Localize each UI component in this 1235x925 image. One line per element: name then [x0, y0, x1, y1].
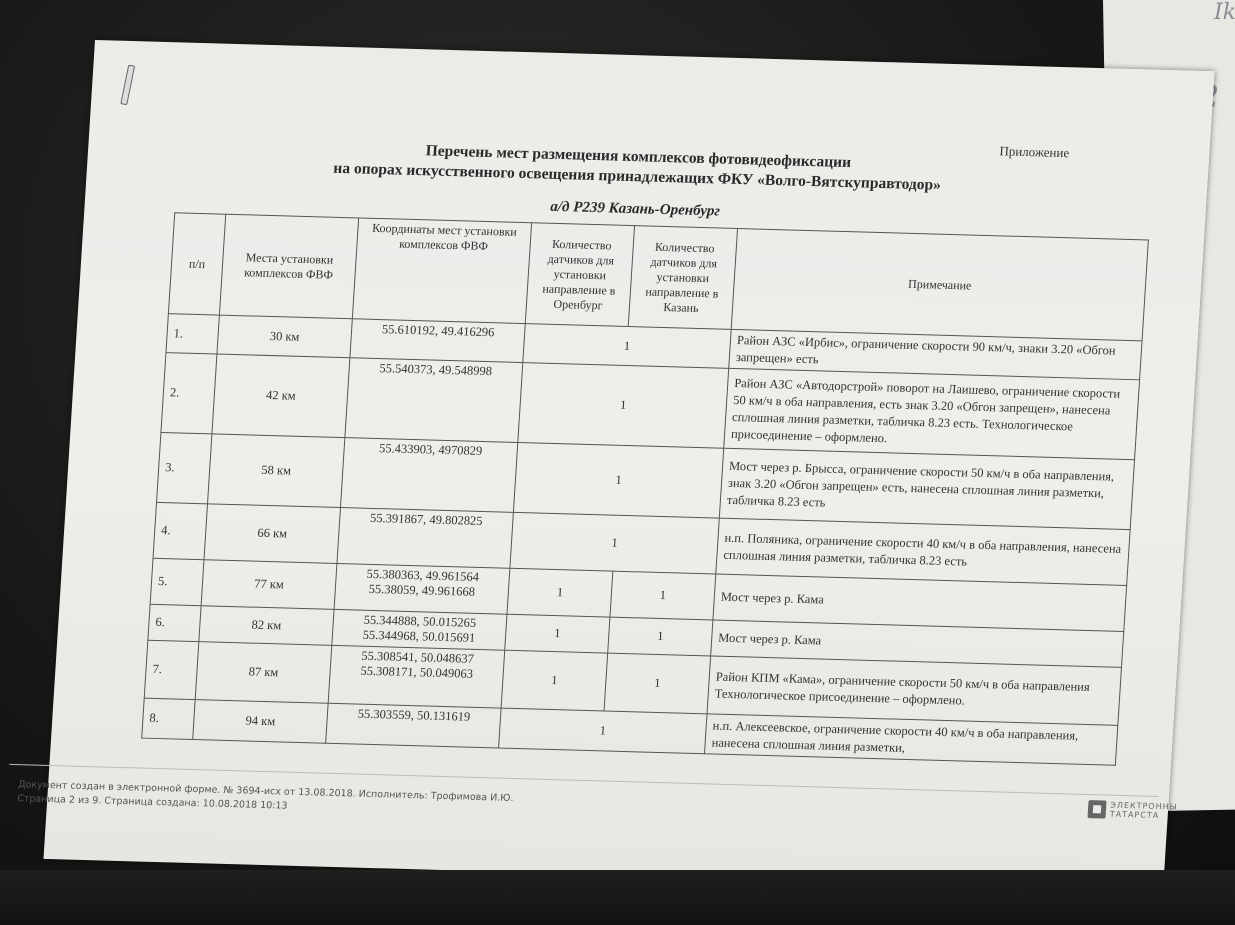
row-sensors-orenburg: 1: [501, 650, 608, 711]
header-note: Примечание: [731, 229, 1148, 341]
row-number: 8.: [142, 698, 195, 739]
coordinate-pair: 55.308171, 50.049063: [336, 663, 497, 682]
row-note: Мост через р. Брысса, ограничение скорос…: [719, 448, 1134, 529]
row-place: 30 км: [217, 315, 352, 358]
row-sensors-orenburg: 1: [507, 568, 613, 617]
row-sensors-total: 1: [513, 442, 723, 518]
row-coordinates: 55.303559, 50.131619: [326, 703, 501, 748]
desk-surface: [0, 870, 1235, 925]
coordinate-pair: 55.303559, 50.131619: [334, 706, 495, 725]
row-coordinates: 55.540373, 49.548998: [345, 358, 523, 443]
document-footer: Документ создан в электронной форме. № 3…: [17, 778, 514, 820]
row-coordinates: 55.308541, 50.04863755.308171, 50.049063: [328, 645, 505, 708]
row-sensors-kazan: 1: [608, 617, 713, 656]
row-number: 6.: [148, 604, 201, 641]
row-number: 4.: [153, 502, 207, 559]
row-place: 66 км: [204, 504, 340, 564]
header-place: Места установки комплексов ФВФ: [219, 214, 358, 319]
electronic-tatarstan-logo: ЭЛЕКТРОННЫ ТАТАРСТА: [1087, 800, 1178, 820]
row-note: Район АЗС «Автодорстрой» поворот на Лаиш…: [724, 368, 1140, 459]
row-place: 58 км: [208, 434, 345, 508]
document-page: Приложение Перечень мест размещения комп…: [43, 40, 1214, 890]
row-coordinates: 55.380363, 49.96156455.38059, 49.961668: [334, 563, 510, 614]
header-coords: Координаты мест установки комплексов ФВФ: [352, 218, 531, 324]
row-coordinates: 55.610192, 49.416296: [350, 319, 525, 363]
row-sensors-total: 1: [499, 708, 707, 754]
row-number: 5.: [150, 558, 204, 605]
row-coordinates: 55.344888, 50.01526555.344968, 50.015691: [332, 609, 507, 650]
header-sensors-kazan: Количество датчиков для установки направ…: [628, 226, 737, 330]
row-sensors-total: 1: [510, 512, 719, 574]
logo-icon: [1087, 800, 1106, 818]
locations-table: п/п Места установки комплексов ФВФ Коорд…: [141, 212, 1149, 766]
coordinate-pair: 55.344968, 50.015691: [339, 627, 500, 646]
row-place: 87 км: [195, 642, 332, 704]
row-number: 2.: [161, 353, 217, 434]
coordinate-pair: 55.540373, 49.548998: [355, 360, 516, 379]
header-num: п/п: [168, 213, 225, 315]
coordinate-pair: 55.433903, 4970829: [350, 440, 511, 459]
coordinate-pair: 55.610192, 49.416296: [358, 321, 519, 340]
table-body: 1.30 км55.610192, 49.4162961Район АЗС «И…: [142, 314, 1142, 766]
row-place: 77 км: [201, 560, 337, 610]
staple-icon: [120, 65, 135, 106]
row-number: 3.: [157, 432, 212, 503]
row-sensors-total: 1: [518, 363, 729, 449]
row-place: 94 км: [193, 700, 328, 744]
row-sensors-total: 1: [523, 324, 731, 369]
document-title: Перечень мест размещения комплексов фото…: [247, 136, 1029, 198]
row-sensors-orenburg: 1: [505, 614, 610, 653]
row-coordinates: 55.433903, 4970829: [340, 438, 517, 513]
row-number: 1.: [166, 314, 219, 354]
handwritten-mark: Ik: [1214, 0, 1235, 25]
coordinate-pair: 55.391867, 49.802825: [346, 510, 507, 529]
row-coordinates: 55.391867, 49.802825: [337, 508, 513, 569]
row-place: 82 км: [199, 606, 334, 646]
row-sensors-kazan: 1: [604, 653, 711, 714]
header-sensors-orenburg: Количество датчиков для установки направ…: [525, 223, 634, 327]
row-number: 7.: [144, 640, 199, 699]
row-place: 42 км: [212, 354, 350, 438]
row-sensors-kazan: 1: [610, 571, 716, 620]
